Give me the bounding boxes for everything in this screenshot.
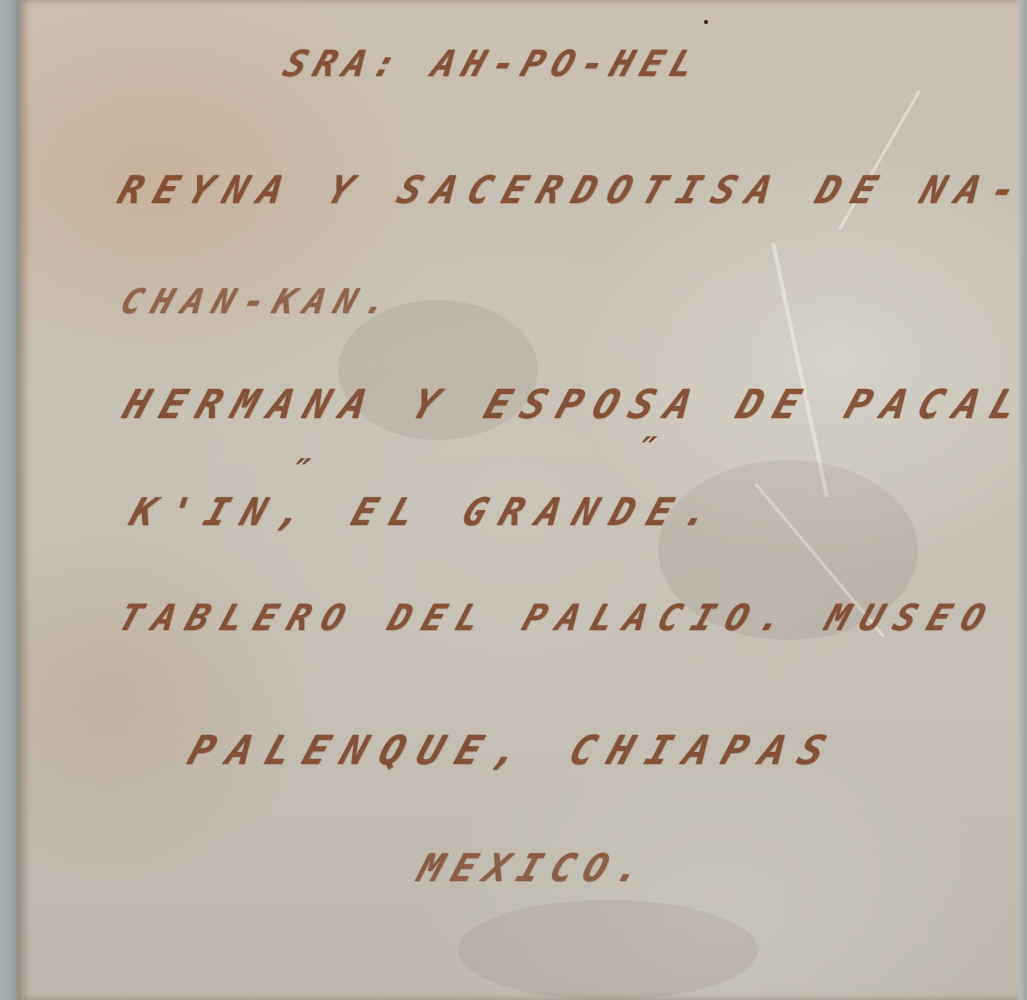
handwritten-line: CHAN-KAN. bbox=[116, 282, 403, 322]
handwritten-line: HERMANA Y ESPOSA DE PACAL- bbox=[118, 382, 1027, 428]
background-edge-right bbox=[1019, 0, 1027, 1000]
handwritten-line-salutation: SRA: AH-PO-HEL bbox=[278, 44, 707, 85]
ink-dot bbox=[704, 20, 708, 24]
document-photo: SRA: AH-PO-HEL REYNA Y SACERDOTISA DE NA… bbox=[0, 0, 1027, 1000]
handwritten-line-location: PALENQUE, CHIAPAS bbox=[183, 728, 845, 774]
handwritten-line: TABLERO DEL PALACIO. MUSEO bbox=[113, 598, 1002, 639]
handwritten-line: K'IN, EL GRANDE. bbox=[125, 490, 729, 534]
paper-stain bbox=[458, 900, 758, 1000]
handwritten-line: REYNA Y SACERDOTISA DE NA- bbox=[113, 168, 1027, 212]
handwritten-line-country: MEXICO. bbox=[413, 846, 657, 890]
